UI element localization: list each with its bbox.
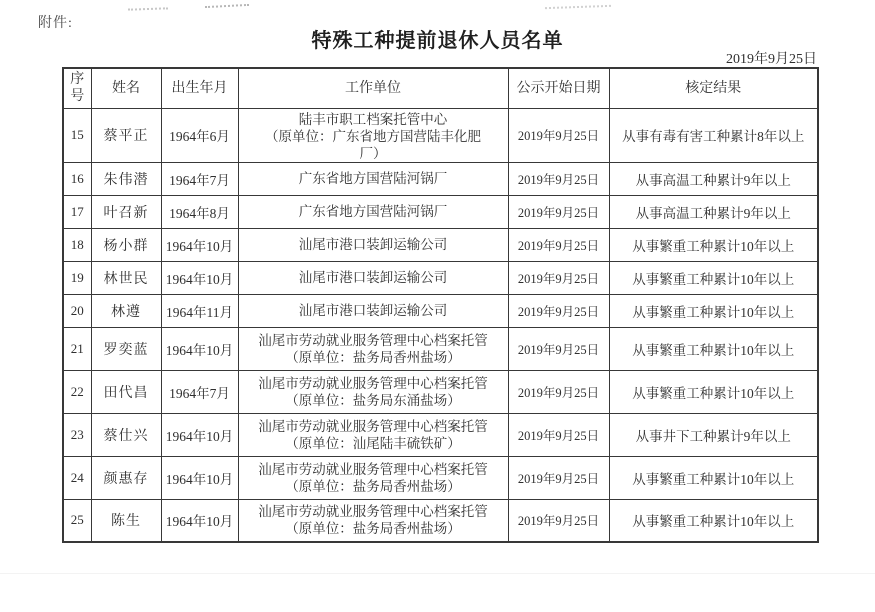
work-unit-line: 厂）	[242, 145, 505, 159]
cell-work-unit: 汕尾市港口装卸运输公司	[238, 228, 508, 261]
cell-no: 15	[63, 108, 91, 162]
cell-birth: 1964年10月	[161, 499, 238, 542]
cell-notice-date: 2019年9月25日	[508, 162, 609, 195]
cell-work-unit: 汕尾市劳动就业服务管理中心档案托管 （原单位：盐务局香州盐场）	[238, 499, 508, 542]
retirement-roster-table: 序号 姓名 出生年月 工作单位 公示开始日期 核定结果 15 蔡平正 1964年…	[62, 67, 819, 543]
work-unit-line: （原单位：广东省地方国营陆丰化肥	[242, 128, 505, 145]
cell-birth: 1964年10月	[161, 456, 238, 499]
document-date: 2019年9月25日	[726, 48, 817, 68]
header-no: 序号	[63, 68, 91, 108]
work-unit-line: （原单位：盐务局香州盐场）	[242, 478, 505, 495]
cell-notice-date: 2019年9月25日	[508, 499, 609, 542]
cell-birth: 1964年10月	[161, 261, 238, 294]
work-unit-line: 汕尾市劳动就业服务管理中心档案托管	[242, 332, 505, 349]
header-work-unit: 工作单位	[238, 68, 508, 108]
cell-notice-date: 2019年9月25日	[508, 195, 609, 228]
scanned-document-page: 附件: 特殊工种提前退休人员名单 2019年9月25日 序号 姓名 出生年月 工…	[0, 0, 875, 612]
work-unit-line: 陆丰市职工档案托管中心	[242, 111, 505, 128]
cell-no: 19	[63, 261, 91, 294]
table-row: 15 蔡平正 1964年6月 陆丰市职工档案托管中心 （原单位：广东省地方国营陆…	[63, 108, 818, 162]
scan-artifact	[128, 7, 168, 10]
cell-birth: 1964年8月	[161, 195, 238, 228]
cell-result: 从事繁重工种累计10年以上	[609, 228, 818, 261]
cell-notice-date: 2019年9月25日	[508, 413, 609, 456]
cell-result: 从事繁重工种累计10年以上	[609, 499, 818, 542]
table-row: 18 杨小群 1964年10月 汕尾市港口装卸运输公司 2019年9月25日 从…	[63, 228, 818, 261]
cell-work-unit: 广东省地方国营陆河锅厂	[238, 162, 508, 195]
cell-name: 陈生	[91, 499, 161, 542]
cell-notice-date: 2019年9月25日	[508, 261, 609, 294]
cell-birth: 1964年7月	[161, 162, 238, 195]
work-unit-line: 汕尾市港口装卸运输公司	[242, 269, 505, 286]
cell-result: 从事繁重工种累计10年以上	[609, 370, 818, 413]
cell-no: 17	[63, 195, 91, 228]
cell-name: 朱伟潜	[91, 162, 161, 195]
cell-work-unit: 广东省地方国营陆河锅厂	[238, 195, 508, 228]
cell-work-unit: 汕尾市港口装卸运输公司	[238, 261, 508, 294]
work-unit-line: （原单位：盐务局香州盐场）	[242, 349, 505, 366]
cell-work-unit: 汕尾市劳动就业服务管理中心档案托管 （原单位：盐务局东涌盐场）	[238, 370, 508, 413]
cell-notice-date: 2019年9月25日	[508, 294, 609, 327]
cell-no: 18	[63, 228, 91, 261]
cell-no: 25	[63, 499, 91, 542]
work-unit-line: （原单位：汕尾陆丰硫铁矿）	[242, 435, 505, 452]
table-row: 20 林遵 1964年11月 汕尾市港口装卸运输公司 2019年9月25日 从事…	[63, 294, 818, 327]
header-name: 姓名	[91, 68, 161, 108]
table-row: 21 罗奕蓝 1964年10月 汕尾市劳动就业服务管理中心档案托管 （原单位：盐…	[63, 327, 818, 370]
work-unit-line: （原单位：盐务局东涌盐场）	[242, 392, 505, 409]
work-unit-line: 广东省地方国营陆河锅厂	[242, 203, 505, 220]
table-header-row: 序号 姓名 出生年月 工作单位 公示开始日期 核定结果	[63, 68, 818, 108]
cell-name: 田代昌	[91, 370, 161, 413]
cell-birth: 1964年10月	[161, 413, 238, 456]
cell-name: 叶召新	[91, 195, 161, 228]
cell-result: 从事有毒有害工种累计8年以上	[609, 108, 818, 162]
work-unit-line: 汕尾市劳动就业服务管理中心档案托管	[242, 418, 505, 435]
cell-no: 23	[63, 413, 91, 456]
cell-result: 从事繁重工种累计10年以上	[609, 261, 818, 294]
cell-no: 21	[63, 327, 91, 370]
cell-name: 颜惠存	[91, 456, 161, 499]
cell-notice-date: 2019年9月25日	[508, 370, 609, 413]
cell-name: 林世民	[91, 261, 161, 294]
cell-notice-date: 2019年9月25日	[508, 228, 609, 261]
cell-work-unit: 汕尾市劳动就业服务管理中心档案托管 （原单位：盐务局香州盐场）	[238, 327, 508, 370]
work-unit-line: 汕尾市港口装卸运输公司	[242, 236, 505, 253]
cell-birth: 1964年10月	[161, 228, 238, 261]
cell-birth: 1964年7月	[161, 370, 238, 413]
cell-result: 从事高温工种累计9年以上	[609, 162, 818, 195]
header-result: 核定结果	[609, 68, 818, 108]
table-row: 16 朱伟潜 1964年7月 广东省地方国营陆河锅厂 2019年9月25日 从事…	[63, 162, 818, 195]
scan-artifact	[545, 5, 611, 9]
cell-work-unit: 陆丰市职工档案托管中心 （原单位：广东省地方国营陆丰化肥 厂）	[238, 108, 508, 162]
table-row: 24 颜惠存 1964年10月 汕尾市劳动就业服务管理中心档案托管 （原单位：盐…	[63, 456, 818, 499]
cell-notice-date: 2019年9月25日	[508, 327, 609, 370]
cell-no: 24	[63, 456, 91, 499]
cell-result: 从事繁重工种累计10年以上	[609, 294, 818, 327]
cell-name: 蔡平正	[91, 108, 161, 162]
cell-name: 林遵	[91, 294, 161, 327]
scan-artifact	[205, 4, 249, 8]
cell-name: 杨小群	[91, 228, 161, 261]
cell-result: 从事井下工种累计9年以上	[609, 413, 818, 456]
cell-notice-date: 2019年9月25日	[508, 456, 609, 499]
cell-birth: 1964年6月	[161, 108, 238, 162]
work-unit-line: 汕尾市劳动就业服务管理中心档案托管	[242, 461, 505, 478]
table-row: 25 陈生 1964年10月 汕尾市劳动就业服务管理中心档案托管 （原单位：盐务…	[63, 499, 818, 542]
cell-no: 20	[63, 294, 91, 327]
cell-work-unit: 汕尾市劳动就业服务管理中心档案托管 （原单位：盐务局香州盐场）	[238, 456, 508, 499]
work-unit-line: 汕尾市劳动就业服务管理中心档案托管	[242, 503, 505, 520]
cell-work-unit: 汕尾市劳动就业服务管理中心档案托管 （原单位：汕尾陆丰硫铁矿）	[238, 413, 508, 456]
work-unit-line: （原单位：盐务局香州盐场）	[242, 520, 505, 537]
cell-name: 罗奕蓝	[91, 327, 161, 370]
work-unit-line: 汕尾市劳动就业服务管理中心档案托管	[242, 375, 505, 392]
cell-result: 从事高温工种累计9年以上	[609, 195, 818, 228]
table-row: 19 林世民 1964年10月 汕尾市港口装卸运输公司 2019年9月25日 从…	[63, 261, 818, 294]
cell-result: 从事繁重工种累计10年以上	[609, 327, 818, 370]
cell-birth: 1964年11月	[161, 294, 238, 327]
cell-work-unit: 汕尾市港口装卸运输公司	[238, 294, 508, 327]
header-birth: 出生年月	[161, 68, 238, 108]
cell-result: 从事繁重工种累计10年以上	[609, 456, 818, 499]
cell-notice-date: 2019年9月25日	[508, 108, 609, 162]
work-unit-line: 广东省地方国营陆河锅厂	[242, 170, 505, 187]
header-notice-date: 公示开始日期	[508, 68, 609, 108]
cell-no: 16	[63, 162, 91, 195]
table-row: 22 田代昌 1964年7月 汕尾市劳动就业服务管理中心档案托管 （原单位：盐务…	[63, 370, 818, 413]
table-row: 23 蔡仕兴 1964年10月 汕尾市劳动就业服务管理中心档案托管 （原单位：汕…	[63, 413, 818, 456]
scan-artifact-line	[0, 573, 875, 574]
work-unit-line: 汕尾市港口装卸运输公司	[242, 302, 505, 319]
cell-no: 22	[63, 370, 91, 413]
cell-name: 蔡仕兴	[91, 413, 161, 456]
table-row: 17 叶召新 1964年8月 广东省地方国营陆河锅厂 2019年9月25日 从事…	[63, 195, 818, 228]
cell-birth: 1964年10月	[161, 327, 238, 370]
